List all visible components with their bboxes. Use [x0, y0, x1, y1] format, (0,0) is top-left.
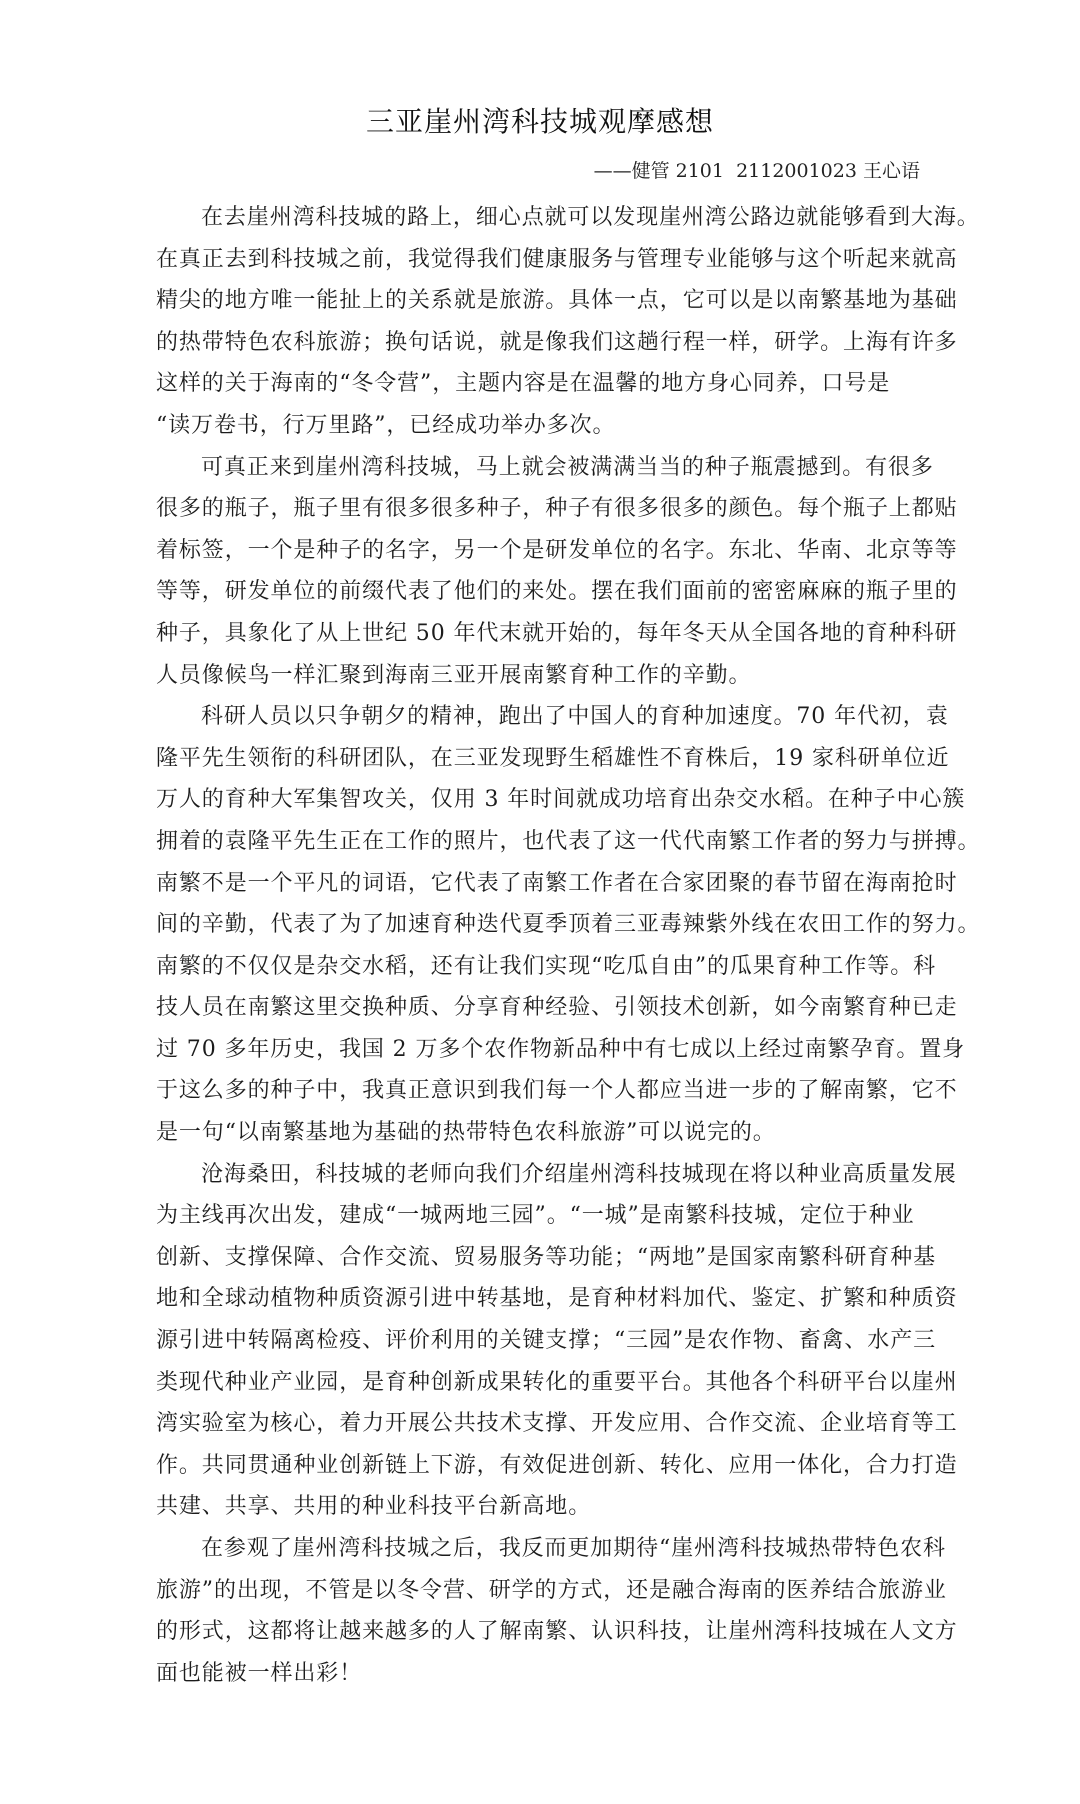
- text-line: 类现代种业产业园，是育种创新成果转化的重要平台。其他各个科研平台以崖州: [156, 1362, 926, 1404]
- text-line: 精尖的地方唯一能扯上的关系就是旅游。具体一点，它可以是以南繁基地为基础: [156, 280, 926, 322]
- text-line: 在真正去到科技城之前，我觉得我们健康服务与管理专业能够与这个听起来就高: [156, 239, 926, 281]
- text-line: 沧海桑田，科技城的老师向我们介绍崖州湾科技城现在将以种业高质量发展: [156, 1154, 926, 1196]
- text-line: 可真正来到崖州湾科技城，马上就会被满满当当的种子瓶震撼到。有很多: [156, 447, 926, 489]
- document-body: 在去崖州湾科技城的路上，细心点就可以发现崖州湾公路边就能够看到大海。在真正去到科…: [156, 197, 926, 1694]
- paragraph: 沧海桑田，科技城的老师向我们介绍崖州湾科技城现在将以种业高质量发展为主线再次出发…: [156, 1154, 926, 1528]
- text-line: 万人的育种大军集智攻关，仅用 3 年时间就成功培育出杂交水稻。在种子中心簇: [156, 779, 926, 821]
- text-line: 的形式，这都将让越来越多的人了解南繁、认识科技，让崖州湾科技城在人文方: [156, 1611, 926, 1653]
- text-line: 面也能被一样出彩！: [156, 1653, 926, 1695]
- text-line: 南繁的不仅仅是杂交水稻，还有让我们实现“吃瓜自由”的瓜果育种工作等。科: [156, 946, 926, 988]
- text-line: 人员像候鸟一样汇聚到海南三亚开展南繁育种工作的辛勤。: [156, 655, 926, 697]
- document-title: 三亚崖州湾科技城观摩感想: [0, 100, 1080, 140]
- text-line: 在去崖州湾科技城的路上，细心点就可以发现崖州湾公路边就能够看到大海。: [156, 197, 926, 239]
- text-line: 过 70 多年历史，我国 2 万多个农作物新品种中有七成以上经过南繁孕育。置身: [156, 1029, 926, 1071]
- text-line: 很多的瓶子，瓶子里有很多很多种子，种子有很多很多的颜色。每个瓶子上都贴: [156, 488, 926, 530]
- text-line: 技人员在南繁这里交换种质、分享育种经验、引领技术创新，如今南繁育种已走: [156, 987, 926, 1029]
- text-line: 拥着的袁隆平先生正在工作的照片，也代表了这一代代南繁工作者的努力与拼搏。: [156, 821, 926, 863]
- text-line: 南繁不是一个平凡的词语，它代表了南繁工作者在合家团聚的春节留在海南抢时: [156, 863, 926, 905]
- text-line: 共建、共享、共用的种业科技平台新高地。: [156, 1486, 926, 1528]
- paragraph: 在参观了崖州湾科技城之后，我反而更加期待“崖州湾科技城热带特色农科旅游”的出现，…: [156, 1528, 926, 1694]
- text-line: 于这么多的种子中，我真正意识到我们每一个人都应当进一步的了解南繁，它不: [156, 1070, 926, 1112]
- paragraph: 科研人员以只争朝夕的精神，跑出了中国人的育种加速度。70 年代初，袁隆平先生领衔…: [156, 696, 926, 1154]
- text-line: 旅游”的出现，不管是以冬令营、研学的方式，还是融合海南的医养结合旅游业: [156, 1570, 926, 1612]
- text-line: 源引进中转隔离检疫、评价利用的关键支撑；“三园”是农作物、畜禽、水产三: [156, 1320, 926, 1362]
- text-line: 湾实验室为核心，着力开展公共技术支撑、开发应用、合作交流、企业培育等工: [156, 1403, 926, 1445]
- text-line: 创新、支撑保障、合作交流、贸易服务等功能；“两地”是国家南繁科研育种基: [156, 1237, 926, 1279]
- text-line: 科研人员以只争朝夕的精神，跑出了中国人的育种加速度。70 年代初，袁: [156, 696, 926, 738]
- text-line: 是一句“以南繁基地为基础的热带特色农科旅游”可以说完的。: [156, 1112, 926, 1154]
- text-line: 这样的关于海南的“冬令营”，主题内容是在温馨的地方身心同养，口号是: [156, 363, 926, 405]
- text-line: 等等，研发单位的前缀代表了他们的来处。摆在我们面前的密密麻麻的瓶子里的: [156, 571, 926, 613]
- text-line: 为主线再次出发，建成“一城两地三园”。“一城”是南繁科技城，定位于种业: [156, 1195, 926, 1237]
- author-byline: ——健管 2101 2112001023 王心语: [594, 156, 920, 183]
- text-line: 种子，具象化了从上世纪 50 年代末就开始的，每年冬天从全国各地的育种科研: [156, 613, 926, 655]
- paragraph: 可真正来到崖州湾科技城，马上就会被满满当当的种子瓶震撼到。有很多很多的瓶子，瓶子…: [156, 447, 926, 697]
- text-line: 的热带特色农科旅游；换句话说，就是像我们这趟行程一样，研学。上海有许多: [156, 322, 926, 364]
- text-line: 间的辛勤，代表了为了加速育种迭代夏季顶着三亚毒辣紫外线在农田工作的努力。: [156, 904, 926, 946]
- text-line: 着标签，一个是种子的名字，另一个是研发单位的名字。东北、华南、北京等等: [156, 530, 926, 572]
- text-line: “读万卷书，行万里路”，已经成功举办多次。: [156, 405, 926, 447]
- document-page: 三亚崖州湾科技城观摩感想 ——健管 2101 2112001023 王心语 在去…: [0, 0, 1080, 1804]
- text-line: 作。共同贯通种业创新链上下游，有效促进创新、转化、应用一体化，合力打造: [156, 1445, 926, 1487]
- text-line: 在参观了崖州湾科技城之后，我反而更加期待“崖州湾科技城热带特色农科: [156, 1528, 926, 1570]
- text-line: 隆平先生领衔的科研团队，在三亚发现野生稻雄性不育株后，19 家科研单位近: [156, 738, 926, 780]
- text-line: 地和全球动植物种质资源引进中转基地，是育种材料加代、鉴定、扩繁和种质资: [156, 1278, 926, 1320]
- paragraph: 在去崖州湾科技城的路上，细心点就可以发现崖州湾公路边就能够看到大海。在真正去到科…: [156, 197, 926, 447]
